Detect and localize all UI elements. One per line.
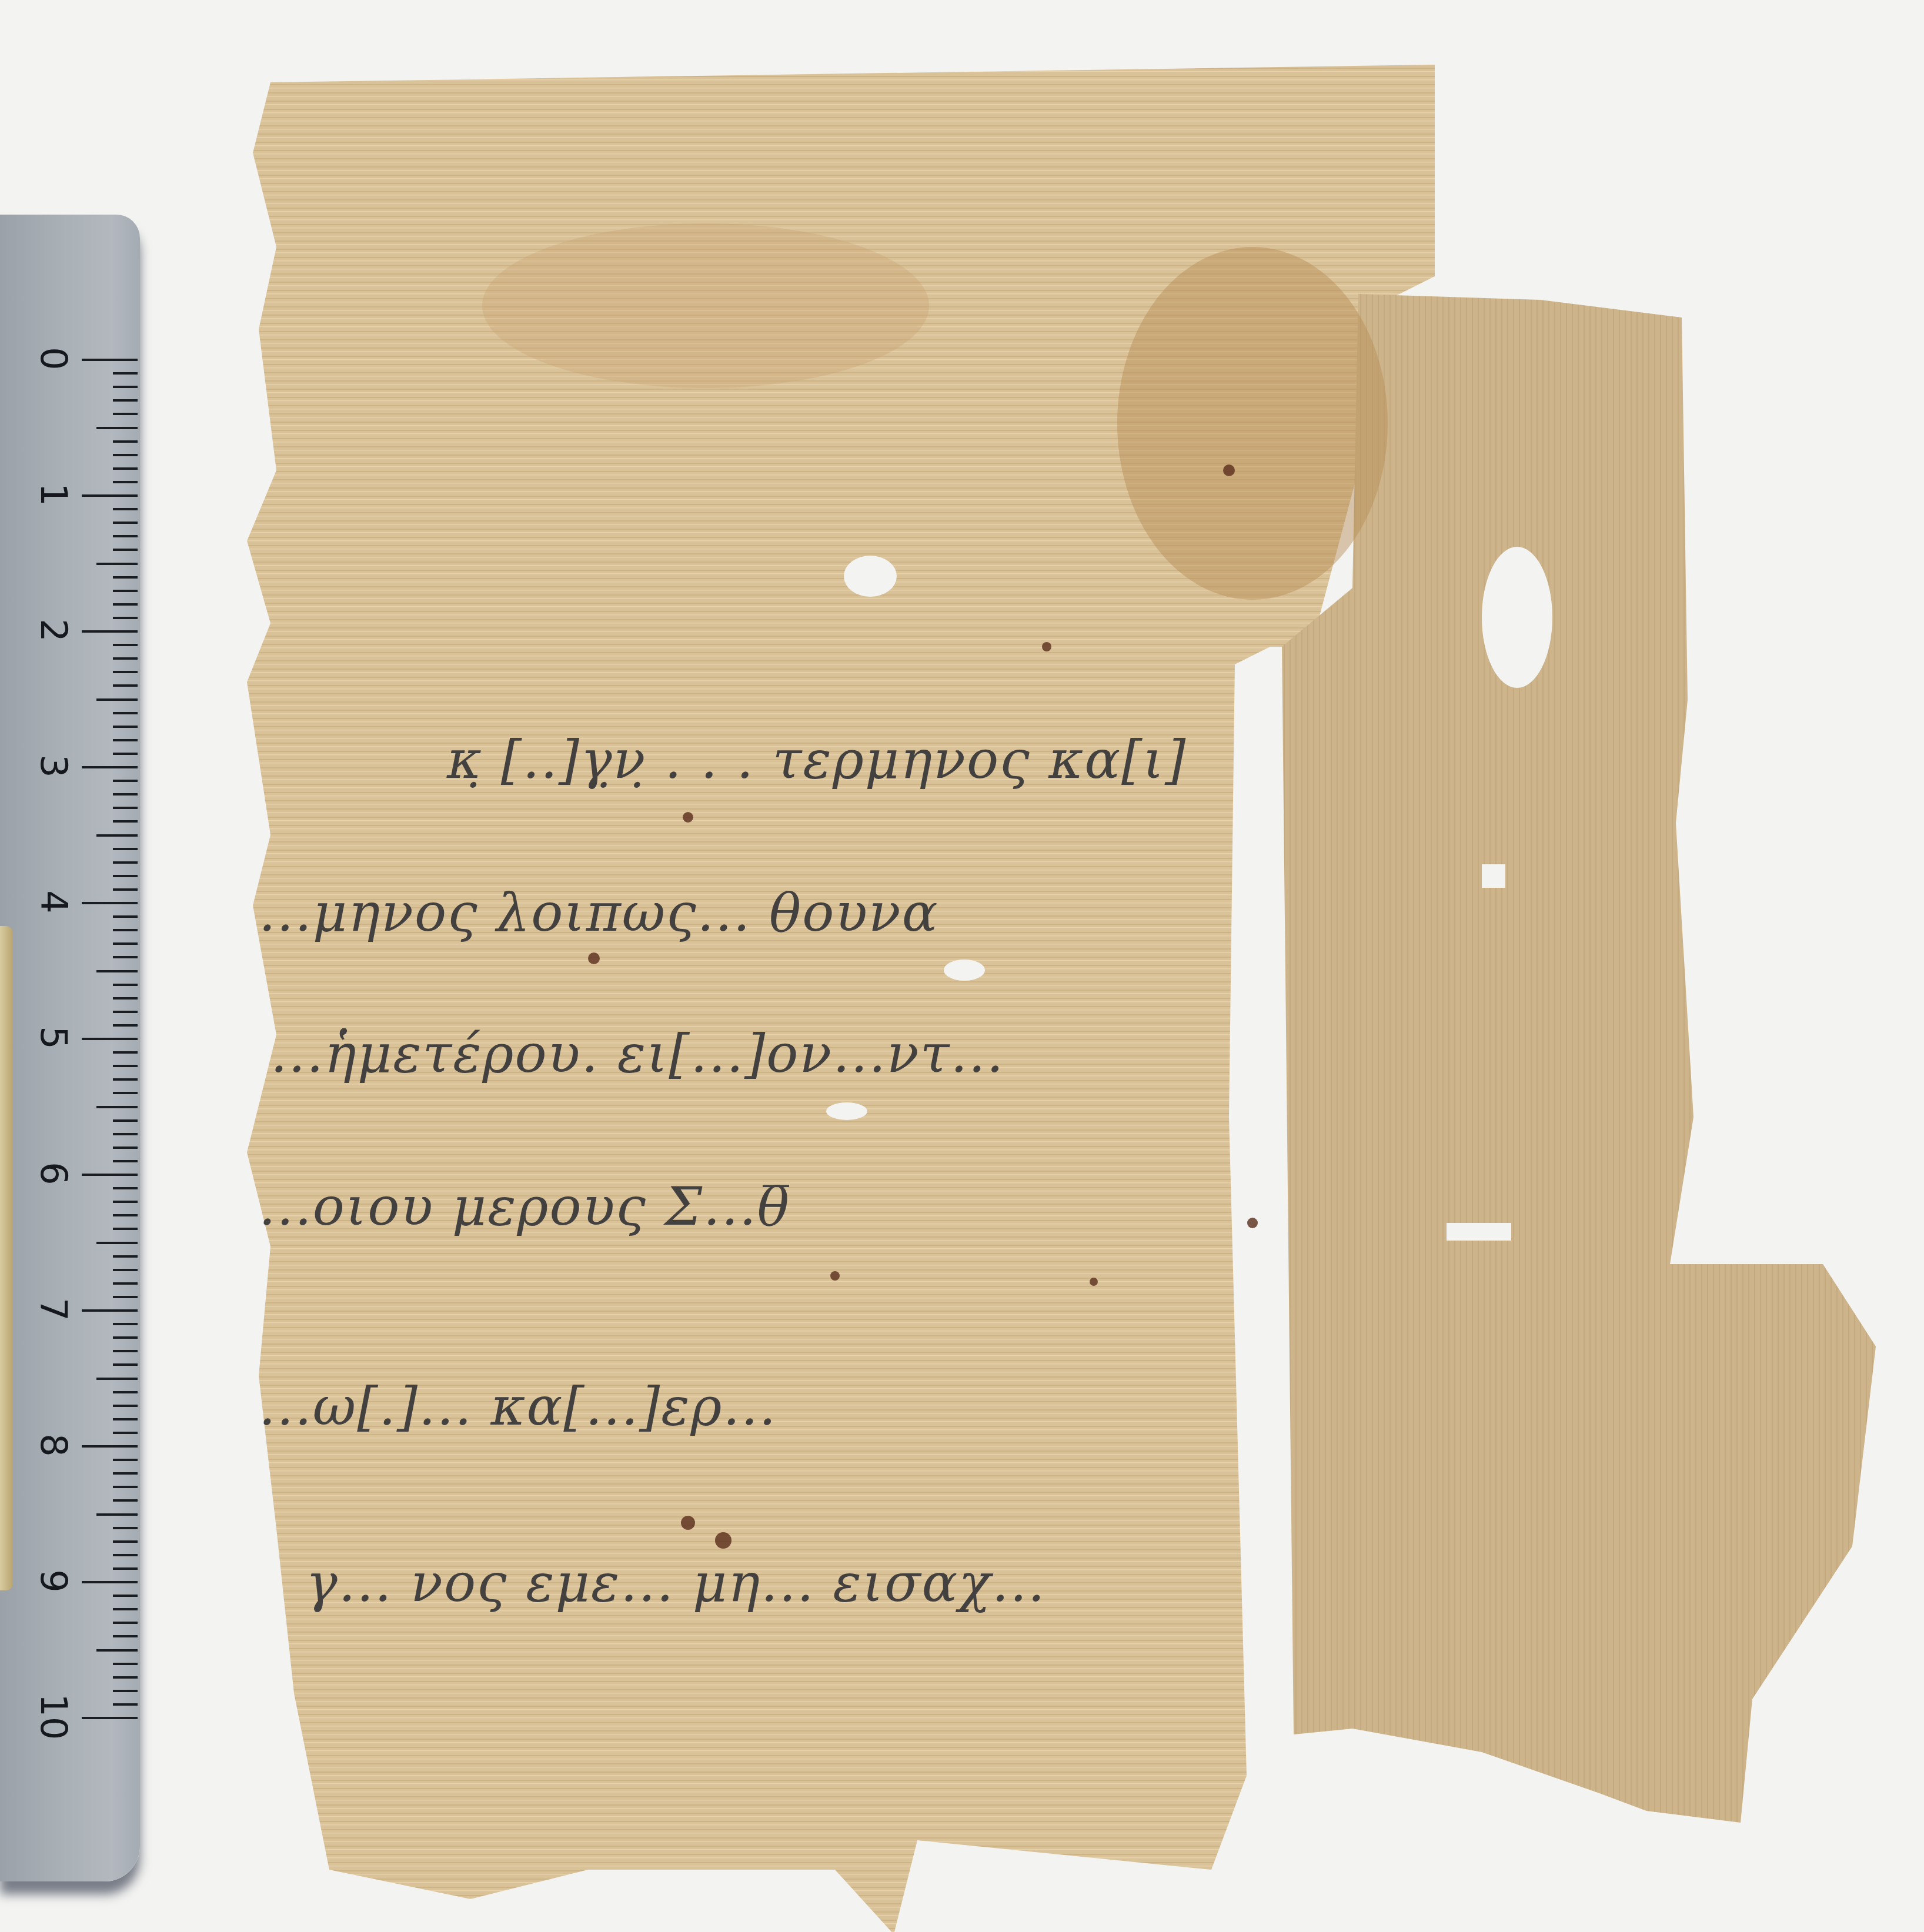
hole bbox=[844, 556, 897, 597]
papyrus-right-strip bbox=[1282, 294, 1876, 1823]
text-line-6: γ... νος εμε... μη... εισαχ... bbox=[306, 1552, 1046, 1614]
hole bbox=[1482, 547, 1552, 688]
hole bbox=[1482, 864, 1505, 888]
hole bbox=[944, 960, 985, 981]
stain bbox=[482, 223, 929, 388]
hole bbox=[826, 1102, 867, 1120]
text-line-5: ...ω[.]... κα[...]ερ... bbox=[259, 1376, 777, 1438]
stain bbox=[1117, 247, 1388, 600]
papyrus-fragment bbox=[0, 0, 1924, 1932]
hole bbox=[1447, 1223, 1511, 1241]
text-line-4: ...οιου μερους Σ...θ̅ bbox=[259, 1176, 790, 1238]
text-line-2: ...μηνος λοιπως... θουνα bbox=[259, 882, 939, 944]
text-line-1: κ̣ [..]γ̣ν̣ . . . τερμηνος κα[ι] bbox=[447, 729, 1187, 791]
text-line-3: ...ἡμετέρου. ει[...]ον...ντ... bbox=[270, 1023, 1004, 1085]
